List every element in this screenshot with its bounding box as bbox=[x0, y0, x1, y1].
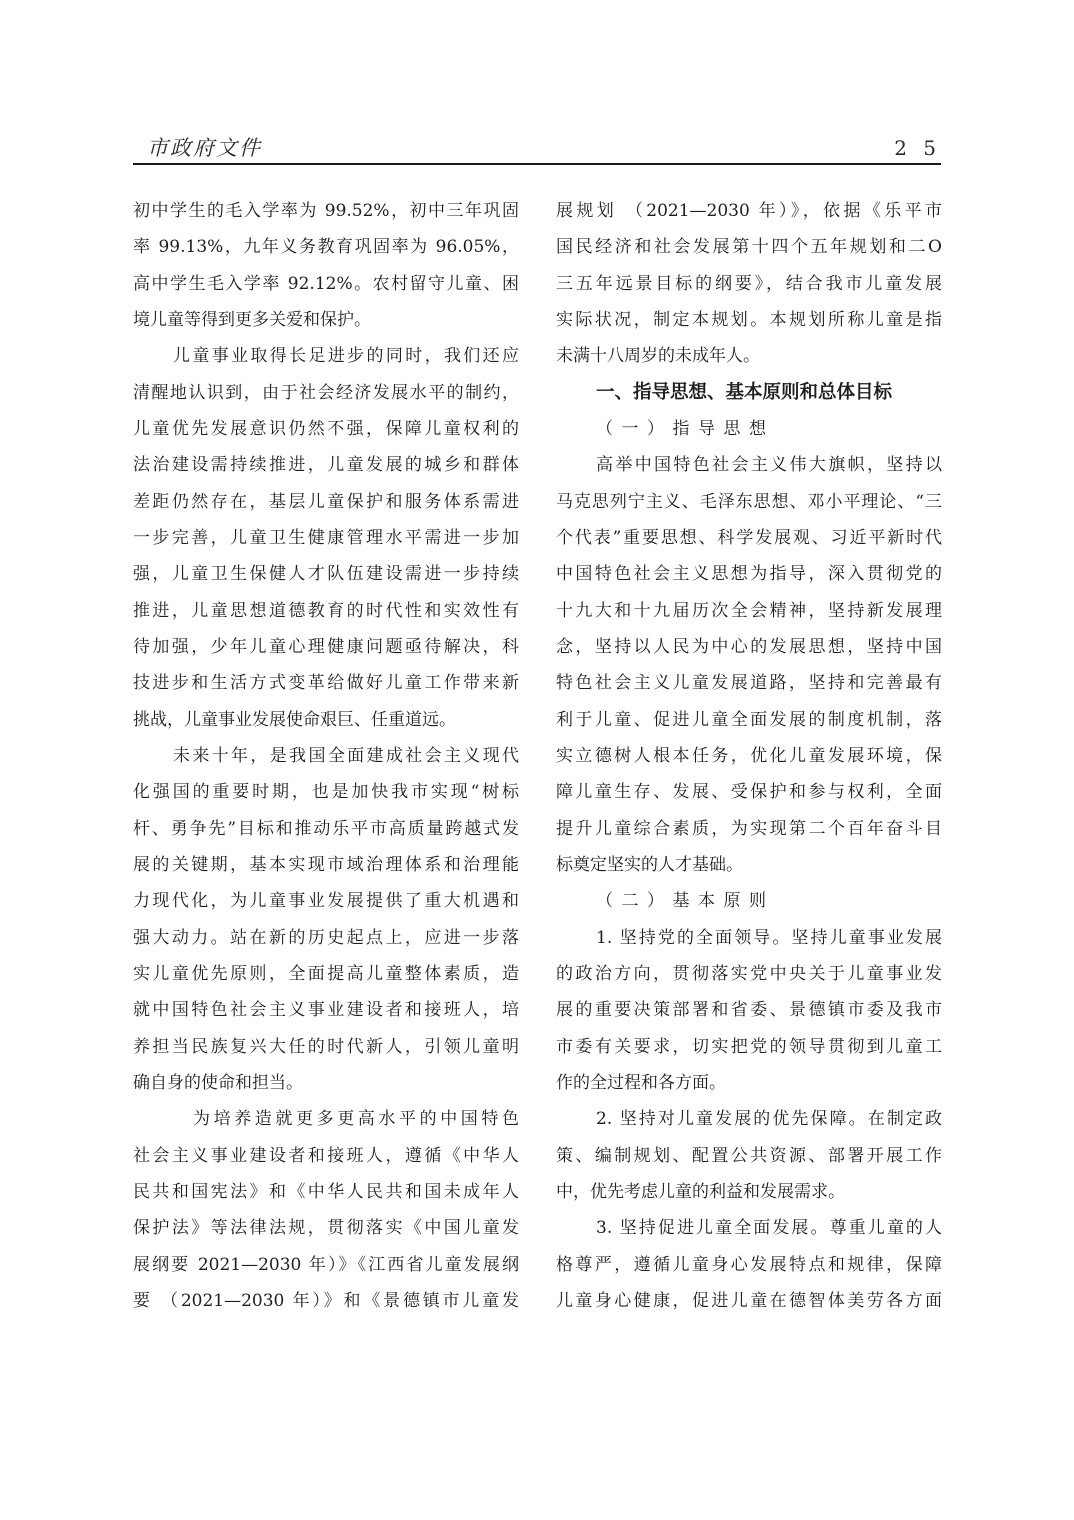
text-line: 实儿童优先原则，全面提高儿童整体素质，造 bbox=[133, 956, 519, 992]
text-line: 个代表”重要思想、科学发展观、习近平新时代 bbox=[556, 520, 942, 556]
text-line: 挑战，儿童事业发展使命艰巨、任重道远。 bbox=[133, 702, 519, 738]
text-line: 1. 坚持党的全面领导。坚持儿童事业发展 bbox=[556, 920, 942, 956]
text-line: 强大动力。站在新的历史起点上，应进一步落 bbox=[133, 920, 519, 956]
text-line: 待加强，少年儿童心理健康问题亟待解决，科 bbox=[133, 629, 519, 665]
text-line: 杆、勇争先”目标和推动乐平市高质量跨越式发 bbox=[133, 811, 519, 847]
text-line: 儿童身心健康，促进儿童在德智体美劳各方面 bbox=[556, 1283, 942, 1319]
text-line: 为培养造就更多更高水平的中国特色 bbox=[133, 1101, 519, 1137]
text-line: 保护法》等法律法规，贯彻落实《中国儿童发 bbox=[133, 1210, 519, 1246]
section-heading: 一、指导思想、基本原则和总体目标 bbox=[556, 375, 942, 411]
text-line: 民共和国宪法》和《中华人民共和国未成年人 bbox=[133, 1174, 519, 1210]
text-line: 实际状况，制定本规划。本规划所称儿童是指 bbox=[556, 302, 942, 338]
text-line: 作的全过程和各方面。 bbox=[556, 1065, 942, 1101]
text-line: 策、编制规划、配置公共资源、部署开展工作 bbox=[556, 1138, 942, 1174]
text-line: 展的关键期，基本实现市域治理体系和治理能 bbox=[133, 847, 519, 883]
text-line: 市委有关要求，切实把党的领导贯彻到儿童工 bbox=[556, 1029, 942, 1065]
header-rule bbox=[133, 163, 941, 165]
text-line: 就中国特色社会主义事业建设者和接班人，培 bbox=[133, 992, 519, 1028]
sub-heading: （一）指导思想 bbox=[556, 411, 942, 447]
left-column: 初中学生的毛入学率为 99.52%，初中三年巩固率 99.13%，九年义务教育巩… bbox=[133, 193, 519, 1319]
text-line: 3. 坚持促进儿童全面发展。尊重儿童的人 bbox=[556, 1210, 942, 1246]
text-line: 2. 坚持对儿童发展的优先保障。在制定政 bbox=[556, 1101, 942, 1137]
text-line: 要 （2021—2030 年）》和《景德镇市儿童发 bbox=[133, 1283, 519, 1319]
text-line: 高举中国特色社会主义伟大旗帜，坚持以 bbox=[556, 447, 942, 483]
text-line: 强，儿童卫生保健人才队伍建设需进一步持续 bbox=[133, 556, 519, 592]
page-number: 2 5 bbox=[894, 136, 941, 160]
right-column: 展规划 （2021—2030 年）》，依据《乐平市国民经济和社会发展第十四个五年… bbox=[556, 193, 942, 1319]
text-line: 清醒地认识到，由于社会经济发展水平的制约， bbox=[133, 375, 519, 411]
text-line: 化强国的重要时期，也是加快我市实现“树标 bbox=[133, 774, 519, 810]
text-line: 未来十年，是我国全面建成社会主义现代 bbox=[133, 738, 519, 774]
text-line: 格尊严，遵循儿童身心发展特点和规律，保障 bbox=[556, 1247, 942, 1283]
text-line: 十九大和十九届历次全会精神，坚持新发展理 bbox=[556, 593, 942, 629]
text-line: 念，坚持以人民为中心的发展思想，坚持中国 bbox=[556, 629, 942, 665]
text-line: 确自身的使命和担当。 bbox=[133, 1065, 519, 1101]
text-line: 特色社会主义儿童发展道路，坚持和完善最有 bbox=[556, 665, 942, 701]
text-line: 未满十八周岁的未成年人。 bbox=[556, 338, 942, 374]
text-line: 力现代化，为儿童事业发展提供了重大机遇和 bbox=[133, 883, 519, 919]
text-line: 技进步和生活方式变革给做好儿童工作带来新 bbox=[133, 665, 519, 701]
text-line: 国民经济和社会发展第十四个五年规划和二O bbox=[556, 229, 942, 265]
text-line: 儿童事业取得长足进步的同时，我们还应 bbox=[133, 338, 519, 374]
text-line: 展的重要决策部署和省委、景德镇市委及我市 bbox=[556, 992, 942, 1028]
text-line: 初中学生的毛入学率为 99.52%，初中三年巩固 bbox=[133, 193, 519, 229]
text-line: 标奠定坚实的人才基础。 bbox=[556, 847, 942, 883]
text-line: 率 99.13%，九年义务教育巩固率为 96.05%， bbox=[133, 229, 519, 265]
text-line: 提升儿童综合素质，为实现第二个百年奋斗目 bbox=[556, 811, 942, 847]
text-line: 法治建设需持续推进，儿童发展的城乡和群体 bbox=[133, 447, 519, 483]
text-line: 障儿童生存、发展、受保护和参与权利，全面 bbox=[556, 774, 942, 810]
text-line: 儿童优先发展意识仍然不强，保障儿童权利的 bbox=[133, 411, 519, 447]
text-line: 差距仍然存在，基层儿童保护和服务体系需进 bbox=[133, 484, 519, 520]
text-line: 展规划 （2021—2030 年）》，依据《乐平市 bbox=[556, 193, 942, 229]
sub-heading: （二）基本原则 bbox=[556, 883, 942, 919]
text-line: 三五年远景目标的纲要》，结合我市儿童发展 bbox=[556, 266, 942, 302]
text-line: 利于儿童、促进儿童全面发展的制度机制，落 bbox=[556, 702, 942, 738]
text-line: 的政治方向，贯彻落实党中央关于儿童事业发 bbox=[556, 956, 942, 992]
text-line: 马克思列宁主义、毛泽东思想、邓小平理论、“三 bbox=[556, 484, 942, 520]
text-line: 推进，儿童思想道德教育的时代性和实效性有 bbox=[133, 593, 519, 629]
text-line: 高中学生毛入学率 92.12%。农村留守儿童、困 bbox=[133, 266, 519, 302]
text-line: 境儿童等得到更多关爱和保护。 bbox=[133, 302, 519, 338]
text-line: 社会主义事业建设者和接班人，遵循《中华人 bbox=[133, 1138, 519, 1174]
document-page: 市政府文件 2 5 初中学生的毛入学率为 99.52%，初中三年巩固率 99.1… bbox=[0, 0, 1074, 1520]
text-line: 展纲要 2021—2030 年）》《江西省儿童发展纲 bbox=[133, 1247, 519, 1283]
text-line: 中国特色社会主义思想为指导，深入贯彻党的 bbox=[556, 556, 942, 592]
text-line: 中，优先考虑儿童的利益和发展需求。 bbox=[556, 1174, 942, 1210]
text-line: 一步完善，儿童卫生健康管理水平需进一步加 bbox=[133, 520, 519, 556]
doc-type-label: 市政府文件 bbox=[147, 132, 262, 162]
text-line: 养担当民族复兴大任的时代新人，引领儿童明 bbox=[133, 1029, 519, 1065]
text-line: 实立德树人根本任务，优化儿童发展环境，保 bbox=[556, 738, 942, 774]
